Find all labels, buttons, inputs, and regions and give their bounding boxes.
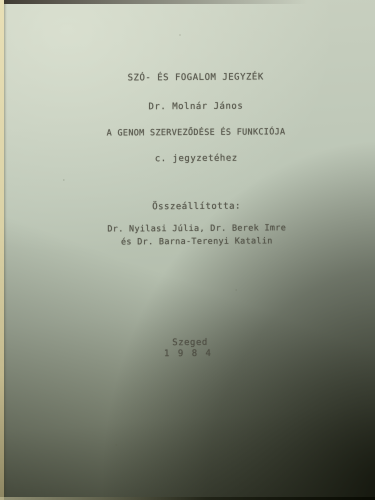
- cover-text-block: SZÓ- ÉS FOGALOM JEGYZÉK Dr. Molnár János…: [0, 0, 375, 500]
- work-title: A GENOM SZERVEZŐDÉSE ÉS FUNKCIÓJA: [107, 127, 286, 138]
- compilers-line-2: és Dr. Barna-Terenyi Katalin: [121, 236, 273, 247]
- compilers-line-1: Dr. Nyilasi Júlia, Dr. Berek Imre: [107, 223, 286, 234]
- glossary-title: SZÓ- ÉS FOGALOM JEGYZÉK: [128, 72, 264, 83]
- document-cover-photo: SZÓ- ÉS FOGALOM JEGYZÉK Dr. Molnár János…: [0, 0, 375, 500]
- photo-top-edge-shadow: [0, 0, 308, 4]
- publication-year: 1 9 8 4: [164, 349, 213, 359]
- publication-place: Szeged: [172, 338, 208, 348]
- work-reference: c. jegyzetéhez: [155, 154, 238, 165]
- photo-left-paper-edge: [0, 0, 4, 500]
- compiled-by-label: Összeállította:: [152, 202, 241, 213]
- author-name: Dr. Molnár János: [148, 102, 243, 113]
